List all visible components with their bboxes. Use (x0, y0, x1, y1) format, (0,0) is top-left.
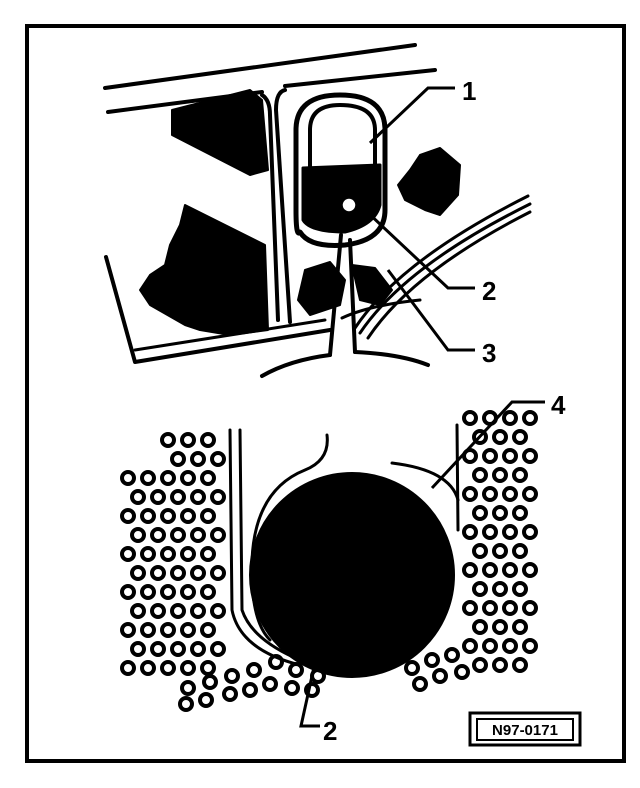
reference-code: N97-0171 (492, 722, 558, 739)
lower-view (230, 425, 458, 677)
callout-2-lower: 2 (323, 716, 337, 746)
callout-3: 3 (482, 338, 496, 368)
callout-4: 4 (551, 390, 566, 420)
diagram-figure: 1 2 3 4 2 N97-0171 (0, 0, 640, 788)
callout-1: 1 (462, 76, 476, 106)
reference-code-box: N97-0171 (470, 713, 580, 745)
callout-2-upper: 2 (482, 276, 496, 306)
